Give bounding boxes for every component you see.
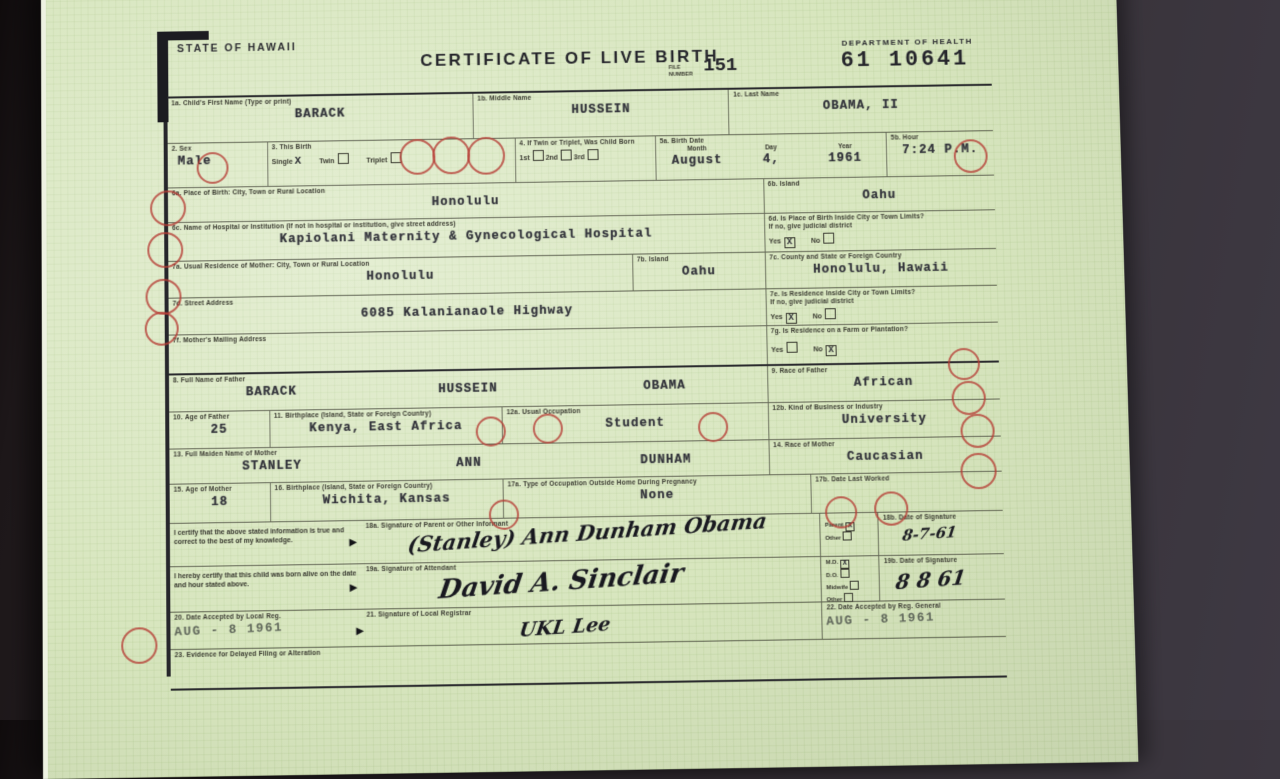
twin-checkbox: [337, 153, 348, 164]
field-mother-birthplace: 16.Birthplace (Island, State or Foreign …: [269, 480, 503, 522]
field-attendant-signature-date: 19b.Date of Signature 8 8 61: [879, 554, 1005, 600]
field-date-accepted-general: 22.Date Accepted by Reg. General AUG - 8…: [821, 600, 1005, 639]
field-birth-date: 5a.Birth Date MonthAugust Day4, Year1961: [655, 133, 887, 180]
no-checkbox: [825, 308, 836, 319]
no-checkbox: [823, 232, 834, 243]
other-checkbox: [843, 531, 852, 540]
child-middle-name: HUSSEIN: [478, 101, 725, 119]
field-residence-island: 7b.Island Oahu: [632, 253, 765, 291]
field-residence-city-limits: 7e.Is Residence Inside City or Town Limi…: [765, 286, 998, 325]
third-checkbox: [587, 149, 598, 160]
no-checkbox: X: [826, 345, 837, 356]
second-checkbox: [561, 149, 572, 160]
yes-checkbox: X: [786, 312, 797, 323]
field-father-age: 10.Age of Father 25: [169, 411, 269, 449]
field-child-last-name: 1c.Last Name OBAMA, II: [728, 86, 993, 135]
field-county-state: 7c.County and State or Foreign Country H…: [764, 249, 997, 288]
arrow-icon: ►: [347, 535, 360, 548]
island-value: Oahu: [768, 186, 991, 203]
md-checkbox: X: [840, 560, 849, 569]
birth-day: 4,: [734, 152, 808, 167]
certify-statement-2: I hereby certify that this child was bor…: [170, 564, 362, 611]
field-mailing-address: 7f.Mother's Mailing Address: [169, 326, 767, 373]
state-title: STATE OF HAWAII: [177, 41, 297, 55]
certify-statement-1: I certify that the above stated informat…: [170, 521, 362, 566]
red-circle-annotation: [121, 627, 157, 664]
parent-signature-date: 8-7-61: [902, 519, 1002, 544]
yes-checkbox: [786, 341, 797, 352]
yes-checkbox: X: [784, 237, 795, 248]
county-state-value: Honolulu, Hawaii: [769, 260, 992, 277]
mother-age-value: 18: [174, 494, 266, 510]
residence-island-value: Oahu: [637, 263, 761, 279]
arrow-icon: ►: [347, 580, 360, 593]
do-checkbox: [840, 569, 849, 578]
certificate-form: STATE OF HAWAII CERTIFICATE OF LIVE BIRT…: [163, 25, 1007, 677]
attendant-type-checkboxes: M.D.X D.O. Midwife Other: [820, 556, 879, 601]
midwife-checkbox: [850, 581, 859, 590]
father-age-value: 25: [173, 422, 265, 437]
file-number: 151: [703, 54, 737, 76]
field-attendant-signature: 19a.Signature of Attendant David A. Sinc…: [362, 557, 821, 609]
field-date-accepted-local: 20.Date Accepted by Local Reg. AUG - 8 1…: [170, 610, 362, 649]
birth-month: August: [660, 153, 734, 168]
file-number-label: FILE NUMBER: [669, 65, 699, 80]
field-island: 6b.Island Oahu: [763, 176, 995, 213]
child-last-name: OBAMA, II: [733, 96, 988, 114]
field-registrar-signature: 21.Signature of Local Registrar UKL Lee: [362, 602, 822, 646]
field-child-middle-name: 1b.Middle Name HUSSEIN: [472, 90, 728, 138]
attendant-signature-date: 8 8 61: [895, 562, 1004, 594]
field-birth-city-limits: 6d.Is Place of Birth Inside City or Town…: [763, 210, 995, 251]
field-mother-residence: 7a.Usual Residence of Mother: City, Town…: [168, 255, 632, 298]
father-birthplace-value: Kenya, East Africa: [274, 418, 498, 436]
field-mother-age: 15.Age of Mother 18: [170, 483, 270, 523]
field-father-birthplace: 11.Birthplace (Island, State or Foreign …: [269, 407, 502, 447]
field-twin-order: 4.If Twin or Triplet, Was Child Born 1st…: [514, 136, 655, 182]
mother-birthplace-value: Wichita, Kansas: [275, 490, 499, 508]
birth-year: 1961: [808, 150, 882, 165]
certificate-paper: STATE OF HAWAII CERTIFICATE OF LIVE BIRT…: [41, 0, 1138, 720]
field-child-first-name: 1a.Child's First Name (Type or print) BA…: [167, 94, 473, 143]
other-checkbox: [844, 593, 853, 602]
certificate-number: 61 10641: [840, 47, 969, 74]
first-checkbox: [533, 150, 544, 161]
